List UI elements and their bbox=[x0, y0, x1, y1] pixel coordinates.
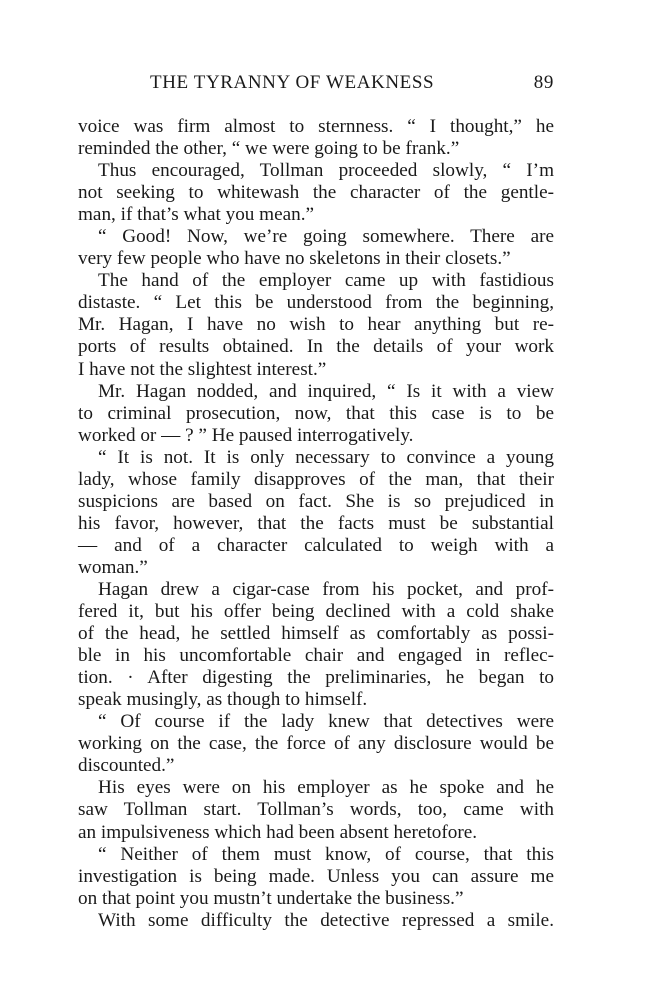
text-line: His eyes were on his employer as he spok… bbox=[78, 777, 554, 799]
text-line: Thus encouraged, Tollman proceeded slowl… bbox=[78, 160, 554, 182]
text-line: “ Good! Now, we’re going somewhere. Ther… bbox=[78, 226, 554, 248]
text-line: ports of results obtained. In the detail… bbox=[78, 336, 554, 358]
text-line: Mr. Hagan, I have no wish to hear anythi… bbox=[78, 314, 554, 336]
text-line: suspicions are based on fact. She is so … bbox=[78, 491, 554, 513]
text-line: on that point you mustn’t undertake the … bbox=[78, 888, 554, 910]
text-line: speak musingly, as though to himself. bbox=[78, 689, 554, 711]
text-line: fered it, but his offer being declined w… bbox=[78, 601, 554, 623]
text-line: saw Tollman start. Tollman’s words, too,… bbox=[78, 799, 554, 821]
text-line: discounted.” bbox=[78, 755, 554, 777]
text-line: distaste. “ Let this be understood from … bbox=[78, 292, 554, 314]
text-line: “ Of course if the lady knew that detect… bbox=[78, 711, 554, 733]
running-head: THE TYRANNY OF WEAKNESS 89 bbox=[78, 72, 554, 96]
running-title: THE TYRANNY OF WEAKNESS bbox=[150, 72, 434, 94]
text-line: “ Neither of them must know, of course, … bbox=[78, 844, 554, 866]
text-line: woman.” bbox=[78, 557, 554, 579]
text-line: ble in his uncomfortable chair and engag… bbox=[78, 645, 554, 667]
text-line: Hagan drew a cigar-case from his pocket,… bbox=[78, 579, 554, 601]
body-text: voice was firm almost to sternness. “ I … bbox=[78, 116, 554, 932]
text-line: very few people who have no skeletons in… bbox=[78, 248, 554, 270]
text-line: to criminal prosecution, now, that this … bbox=[78, 403, 554, 425]
text-line: I have not the slightest interest.” bbox=[78, 359, 554, 381]
text-line: investigation is being made. Unless you … bbox=[78, 866, 554, 888]
text-line: tion. · After digesting the preliminarie… bbox=[78, 667, 554, 689]
text-line: lady, whose family disapproves of the ma… bbox=[78, 469, 554, 491]
text-line: not seeking to whitewash the character o… bbox=[78, 182, 554, 204]
text-line: his favor, however, that the facts must … bbox=[78, 513, 554, 535]
text-line: reminded the other, “ we were going to b… bbox=[78, 138, 554, 160]
text-line: an impulsiveness which had been absent h… bbox=[78, 822, 554, 844]
text-line: working on the case, the force of any di… bbox=[78, 733, 554, 755]
text-line: With some difficulty the detective repre… bbox=[78, 910, 554, 932]
page-number: 89 bbox=[534, 72, 554, 94]
text-line: voice was firm almost to sternness. “ I … bbox=[78, 116, 554, 138]
text-line: man, if that’s what you mean.” bbox=[78, 204, 554, 226]
text-line: “ It is not. It is only necessary to con… bbox=[78, 447, 554, 469]
text-line: — and of a character calculated to weigh… bbox=[78, 535, 554, 557]
text-line: worked or — ? ” He paused interrogativel… bbox=[78, 425, 554, 447]
text-line: Mr. Hagan nodded, and inquired, “ Is it … bbox=[78, 381, 554, 403]
text-line: The hand of the employer came up with fa… bbox=[78, 270, 554, 292]
text-line: of the head, he settled himself as comfo… bbox=[78, 623, 554, 645]
